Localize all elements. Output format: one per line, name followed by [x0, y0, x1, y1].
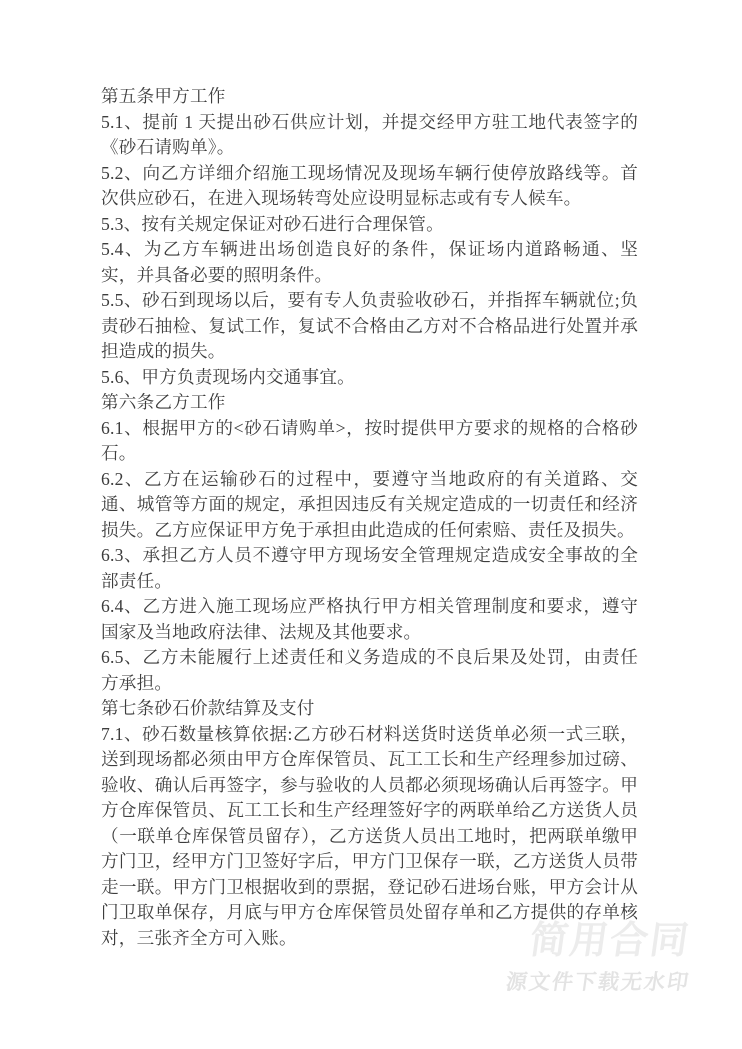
clause-5-3: 5.3、按有关规定保证对砂石进行合理保管。 — [101, 212, 638, 238]
clause-6-2: 6.2、乙方在运输砂石的过程中，要遵守当地政府的有关道路、交通、城管等方面的规定… — [101, 467, 638, 544]
clause-6-3: 6.3、承担乙方人员不遵守甲方现场安全管理规定造成安全事故的全部责任。 — [101, 543, 638, 594]
watermark-subtitle: 源文件下载无水印 — [505, 973, 692, 993]
clause-5-2: 5.2、向乙方详细介绍施工现场情况及现场车辆行使停放路线等。首次供应砂石，在进入… — [101, 161, 638, 212]
clause-6-1: 6.1、根据甲方的<砂石请购单>，按时提供甲方要求的规格的合格砂石。 — [101, 416, 638, 467]
section-heading-7: 第七条砂石价款结算及支付 — [101, 696, 638, 722]
clause-5-1: 5.1、提前 1 天提出砂石供应计划，并提交经甲方驻工地代表签字的《砂石请购单》… — [101, 110, 638, 161]
contract-document-page: 第五条甲方工作 5.1、提前 1 天提出砂石供应计划，并提交经甲方驻工地代表签字… — [0, 0, 742, 1049]
clause-6-5: 6.5、乙方未能履行上述责任和义务造成的不良后果及处罚，由责任方承担。 — [101, 645, 638, 696]
clause-5-5: 5.5、砂石到现场以后，要有专人负责验收砂石，并指挥车辆就位;负责砂石抽检、复试… — [101, 288, 638, 365]
clause-5-4: 5.4、为乙方车辆进出场创造良好的条件，保证场内道路畅通、坚实，并具备必要的照明… — [101, 237, 638, 288]
clause-6-4: 6.4、乙方进入施工现场应严格执行甲方相关管理制度和要求，遵守国家及当地政府法律… — [101, 594, 638, 645]
clause-5-6: 5.6、甲方负责现场内交通事宜。 — [101, 365, 638, 391]
clause-7-1: 7.1、砂石数量核算依据:乙方砂石材料送货时送货单必须一式三联，送到现场都必须由… — [101, 722, 638, 952]
section-heading-6: 第六条乙方工作 — [101, 390, 638, 416]
contract-body-text: 第五条甲方工作 5.1、提前 1 天提出砂石供应计划，并提交经甲方驻工地代表签字… — [101, 84, 638, 951]
section-heading-5: 第五条甲方工作 — [101, 84, 638, 110]
